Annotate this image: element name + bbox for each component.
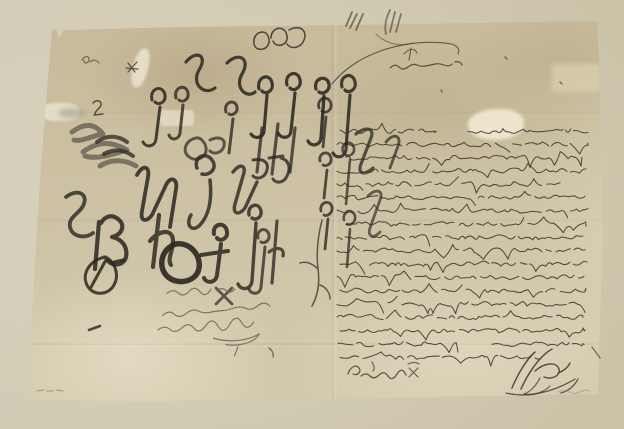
abrasion-patch [40,103,80,121]
repair-patch [160,110,194,126]
manuscript-paper [0,0,624,429]
tape-residue-patch [552,64,600,92]
photo-of-manuscript [0,0,624,429]
ink-smudge [58,108,86,118]
repair-patch [468,109,524,140]
repair-patch [128,47,152,89]
